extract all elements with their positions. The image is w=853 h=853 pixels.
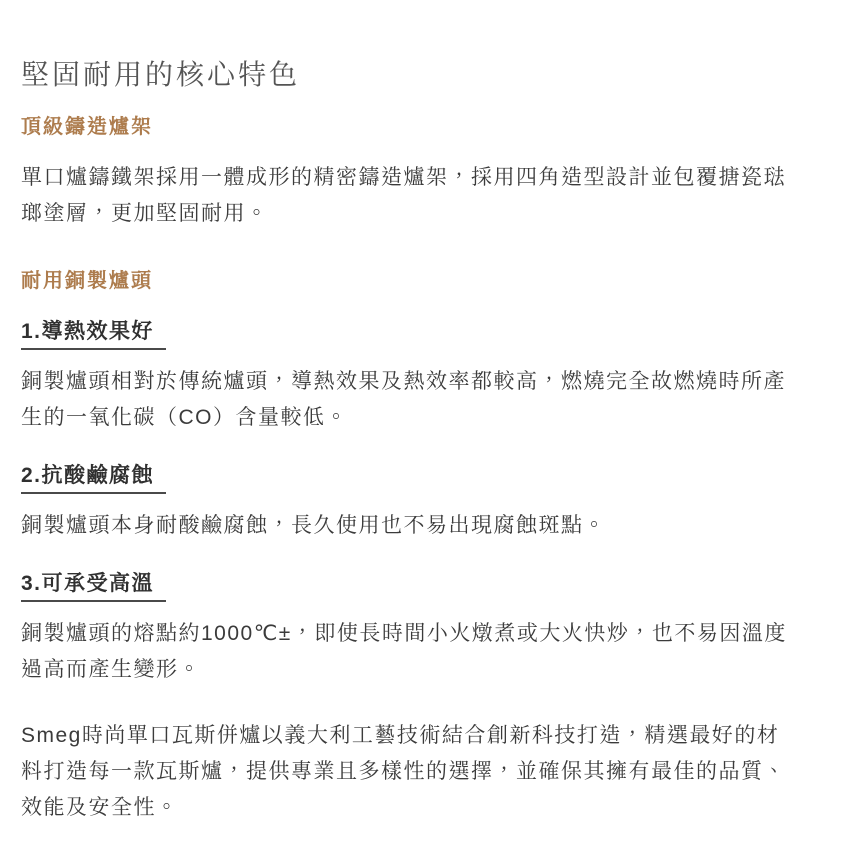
- grate-description: 單口爐鑄鐵架採用一體成形的精密鑄造爐架，採用四角造型設計並包覆搪瓷琺瑯塗層，更加…: [21, 160, 798, 232]
- feature-title-heat-conduction: 1.導熱效果好: [21, 320, 166, 350]
- section-heading-burner: 耐用銅製爐頭: [21, 268, 798, 294]
- product-description-page: 堅固耐用的核心特色 頂級鑄造爐架 單口爐鑄鐵架採用一體成形的精密鑄造爐架，採用四…: [0, 0, 853, 853]
- section-heading-grate: 頂級鑄造爐架: [21, 114, 798, 140]
- closing-paragraph: Smeg時尚單口瓦斯併爐以義大利工藝技術結合創新科技打造，精選最好的材料打造每一…: [21, 718, 798, 826]
- feature-body-corrosion-resistance: 銅製爐頭本身耐酸鹼腐蝕，長久使用也不易出現腐蝕斑點。: [21, 508, 798, 544]
- feature-body-high-temperature: 銅製爐頭的熔點約1000℃±，即使長時間小火燉煮或大火快炒，也不易因溫度過高而產…: [21, 616, 798, 688]
- page-title: 堅固耐用的核心特色: [21, 58, 798, 92]
- feature-title-high-temperature: 3.可承受高溫: [21, 572, 166, 602]
- feature-title-corrosion-resistance: 2.抗酸鹼腐蝕: [21, 464, 166, 494]
- feature-body-heat-conduction: 銅製爐頭相對於傳統爐頭，導熱效果及熱效率都較高，燃燒完全故燃燒時所產生的一氧化碳…: [21, 364, 798, 436]
